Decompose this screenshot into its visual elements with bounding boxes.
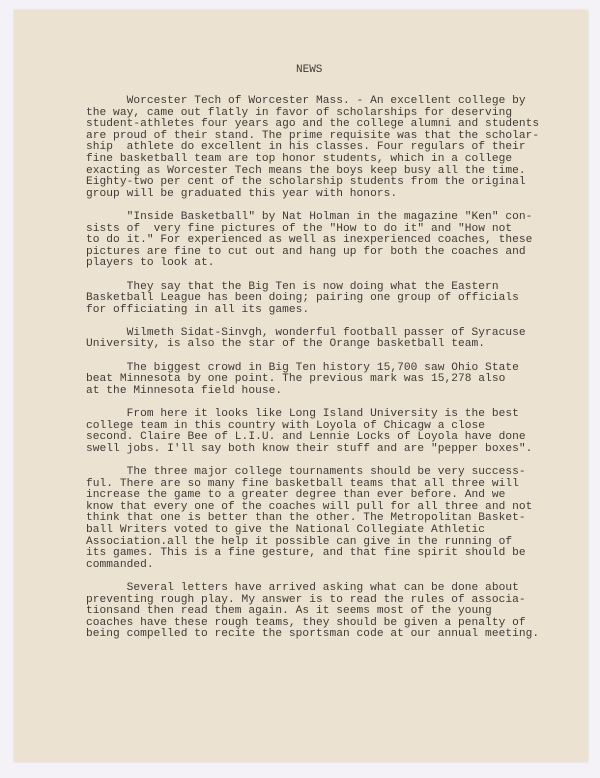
- text-line: They say that the Big Ten is now doing w…: [86, 281, 499, 293]
- text-line: preventing rough play. My answer is to r…: [86, 594, 526, 606]
- text-line: group will be graduated this year with h…: [86, 188, 397, 200]
- text-line: pictures are fine to cut out and hang up…: [86, 246, 526, 258]
- text-line: commanded.: [86, 559, 154, 571]
- paragraph-worcester-tech: Worcester Tech of Worcester Mass. - An e…: [86, 96, 546, 200]
- text-line: college team in this country with Loyola…: [86, 420, 485, 432]
- text-line: Eighty-two per cent of the scholarship s…: [86, 176, 526, 188]
- text-line: think that one is better than the other.…: [86, 512, 526, 524]
- text-line: coaches have these rough teams, they sho…: [86, 617, 526, 629]
- text-line: tionsand then read them again. As it see…: [86, 605, 492, 617]
- text-line: swell jobs. I'll say both know their stu…: [86, 443, 532, 455]
- text-line: ship athlete do excellent in his classes…: [86, 141, 526, 153]
- text-line: sists of very fine pictures of the "How …: [86, 223, 512, 235]
- paragraph-tournaments: The three major college tournaments shou…: [86, 467, 546, 571]
- page-title: NEWS: [296, 64, 322, 76]
- text-line: The three major college tournaments shou…: [86, 466, 526, 478]
- text-line: for officiating in all its games.: [86, 304, 309, 316]
- paragraph-big-ten-officials: They say that the Big Ten is now doing w…: [86, 282, 546, 317]
- text-line: From here it looks like Long Island Univ…: [86, 408, 519, 420]
- text-line: know that every one of the coaches will …: [86, 501, 532, 513]
- text-line: are proud of their stand. The prime requ…: [86, 130, 539, 142]
- text-line: the way, came out flatly in favor of sch…: [86, 107, 512, 119]
- text-line: Worcester Tech of Worcester Mass. - An e…: [86, 95, 526, 107]
- text-line: Wilmeth Sidat-Sinvgh, wonderful football…: [86, 327, 526, 339]
- text-line: Association.all the help it possible can…: [86, 536, 512, 548]
- text-line: exacting as Worcester Tech means the boy…: [86, 165, 526, 177]
- document-body: Worcester Tech of Worcester Mass. - An e…: [86, 96, 546, 653]
- text-line: University, is also the star of the Oran…: [86, 338, 485, 350]
- paragraph-biggest-crowd: The biggest crowd in Big Ten history 15,…: [86, 363, 546, 398]
- text-line: being compelled to recite the sportsman …: [86, 628, 539, 640]
- text-line: at the Minnesota field house.: [86, 385, 282, 397]
- text-line: fine basketball team are top honor stude…: [86, 153, 512, 165]
- text-line: beat Minnesota by one point. The previou…: [86, 373, 505, 385]
- text-line: increase the game to a greater degree th…: [86, 489, 505, 501]
- paragraph-long-island: From here it looks like Long Island Univ…: [86, 409, 546, 455]
- text-line: to do it." For experienced as well as in…: [86, 234, 532, 246]
- text-line: its games. This is a fine gesture, and t…: [86, 547, 526, 559]
- text-line: student-athletes four years ago and the …: [86, 118, 539, 130]
- paragraph-inside-basketball: "Inside Basketball" by Nat Holman in the…: [86, 212, 546, 270]
- text-line: Basketball League has been doing; pairin…: [86, 292, 519, 304]
- paragraph-syracuse: Wilmeth Sidat-Sinvgh, wonderful football…: [86, 328, 546, 351]
- text-line: The biggest crowd in Big Ten history 15,…: [86, 362, 519, 374]
- text-line: ball Writers voted to give the National …: [86, 524, 485, 536]
- text-line: second. Claire Bee of L.I.U. and Lennie …: [86, 431, 526, 443]
- text-line: players to look at.: [86, 257, 215, 269]
- text-line: ful. There are so many fine basketball t…: [86, 478, 519, 490]
- text-line: Several letters have arrived asking what…: [86, 582, 519, 594]
- paragraph-rough-play: Several letters have arrived asking what…: [86, 583, 546, 641]
- text-line: "Inside Basketball" by Nat Holman in the…: [86, 211, 532, 223]
